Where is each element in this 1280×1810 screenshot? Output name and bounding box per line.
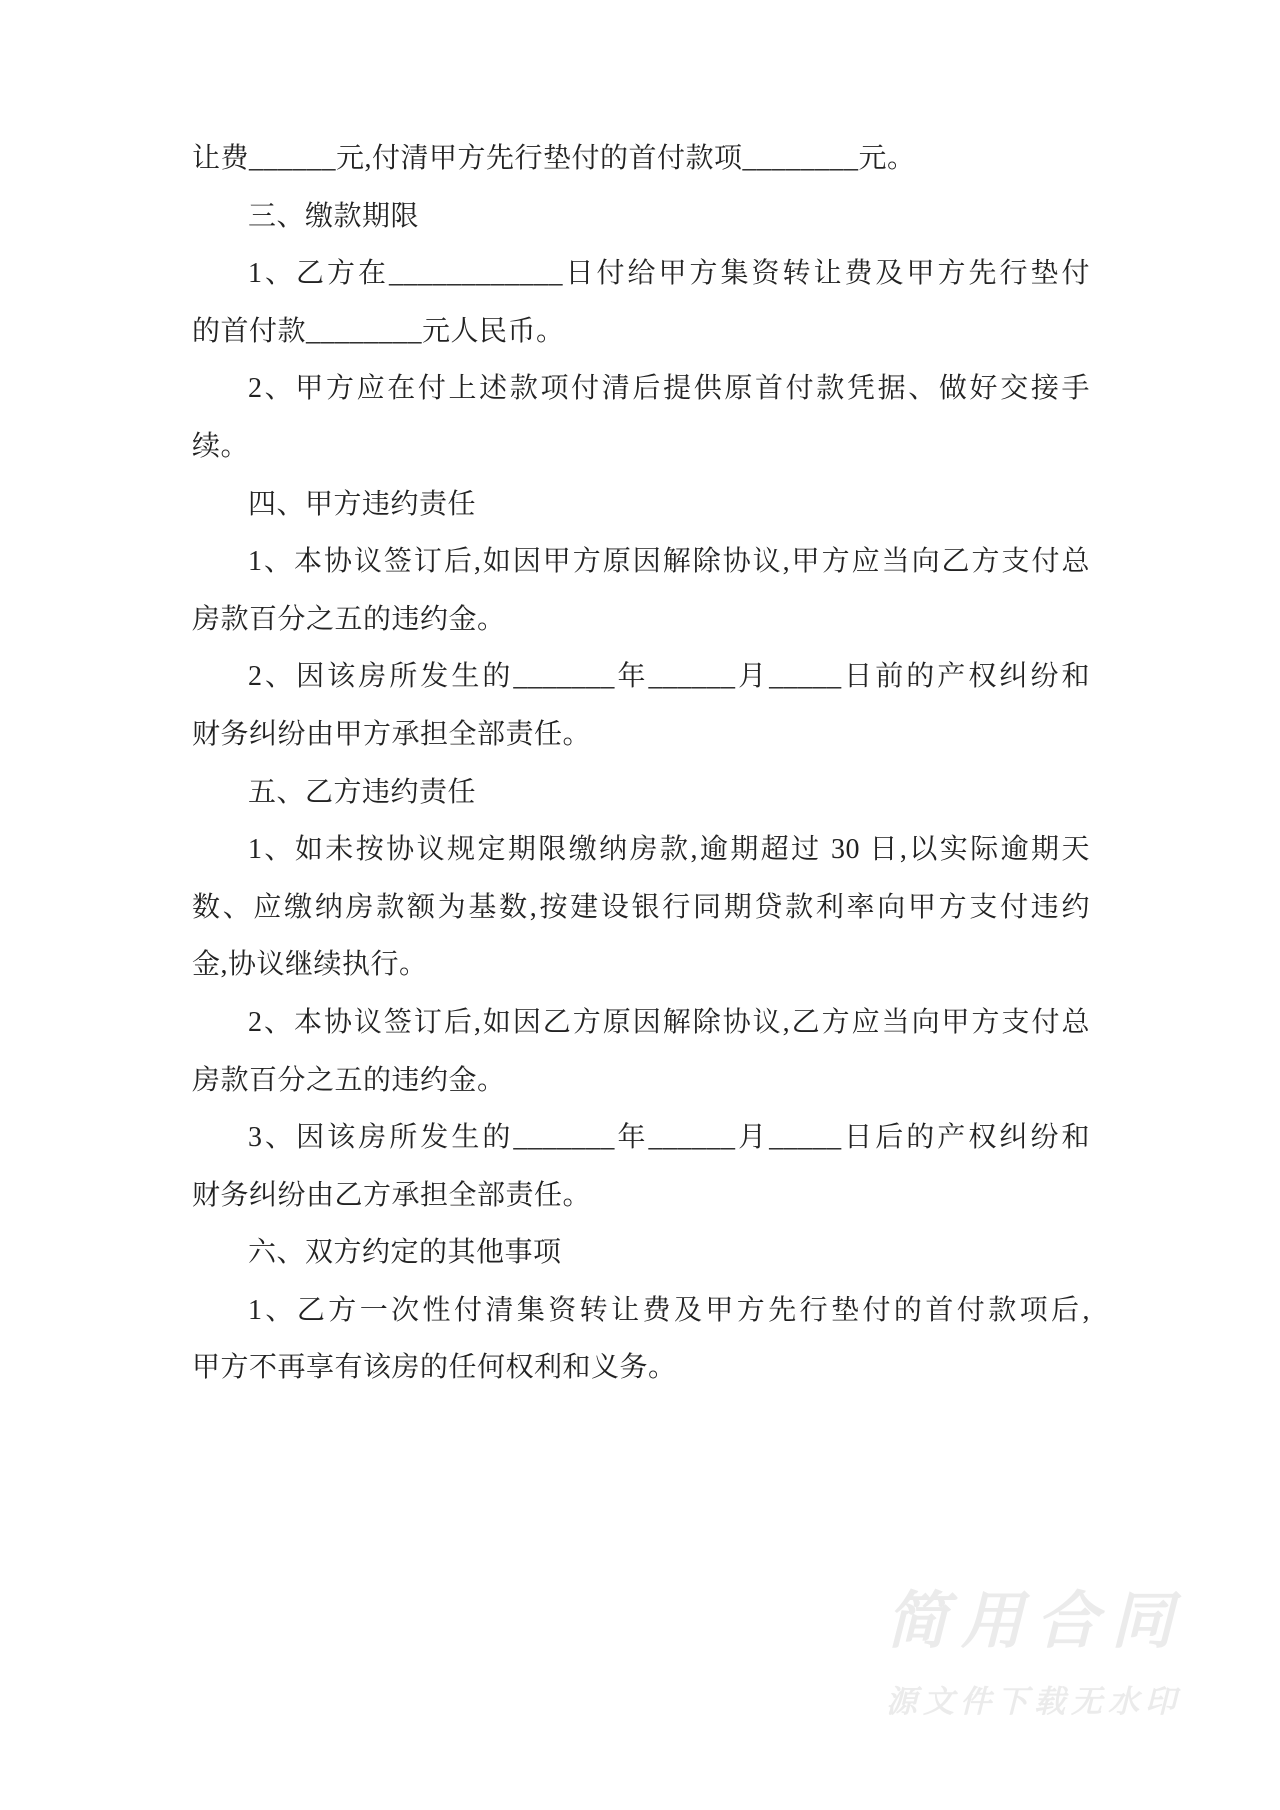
contract-page: 让费______元,付清甲方先行垫付的首付款项________元。三、缴款期限1… (0, 0, 1280, 1810)
text-line: 房款百分之五的违约金。 (192, 1052, 1090, 1110)
text-line: 续。 (192, 418, 1090, 476)
text-line: 让费______元,付清甲方先行垫付的首付款项________元。 (192, 130, 1090, 188)
text-line: 3、因该房所发生的_______年______月_____日后的产权纠纷和 (192, 1109, 1090, 1167)
watermark-subtitle: 源文件下载无水印 (886, 1676, 1206, 1721)
contract-body: 让费______元,付清甲方先行垫付的首付款项________元。三、缴款期限1… (192, 130, 1090, 1397)
text-line: 财务纠纷由乙方承担全部责任。 (192, 1167, 1090, 1225)
text-line: 六、双方约定的其他事项 (192, 1224, 1090, 1282)
text-line: 2、本协议签订后,如因乙方原因解除协议,乙方应当向甲方支付总 (192, 994, 1090, 1052)
text-line: 三、缴款期限 (192, 188, 1090, 246)
watermark-title: 简用合同 (886, 1588, 1206, 1656)
text-line: 2、因该房所发生的_______年______月_____日前的产权纠纷和 (192, 648, 1090, 706)
text-line: 2、甲方应在付上述款项付清后提供原首付款凭据、做好交接手 (192, 360, 1090, 418)
text-line: 四、甲方违约责任 (192, 476, 1090, 534)
text-line: 1、乙方一次性付清集资转让费及甲方先行垫付的首付款项后, (192, 1282, 1090, 1340)
text-line: 1、乙方在____________日付给甲方集资转让费及甲方先行垫付 (192, 245, 1090, 303)
text-line: 房款百分之五的违约金。 (192, 591, 1090, 649)
text-line: 1、本协议签订后,如因甲方原因解除协议,甲方应当向乙方支付总 (192, 533, 1090, 591)
watermark: 简用合同 源文件下载无水印 (886, 1588, 1206, 1721)
text-line: 财务纠纷由甲方承担全部责任。 (192, 706, 1090, 764)
text-line: 甲方不再享有该房的任何权利和义务。 (192, 1339, 1090, 1397)
text-line: 的首付款________元人民币。 (192, 303, 1090, 361)
text-line: 五、乙方违约责任 (192, 764, 1090, 822)
text-line: 金,协议继续执行。 (192, 936, 1090, 994)
text-line: 1、如未按协议规定期限缴纳房款,逾期超过 30 日,以实际逾期天 (192, 821, 1090, 879)
text-line: 数、应缴纳房款额为基数,按建设银行同期贷款利率向甲方支付违约 (192, 879, 1090, 937)
